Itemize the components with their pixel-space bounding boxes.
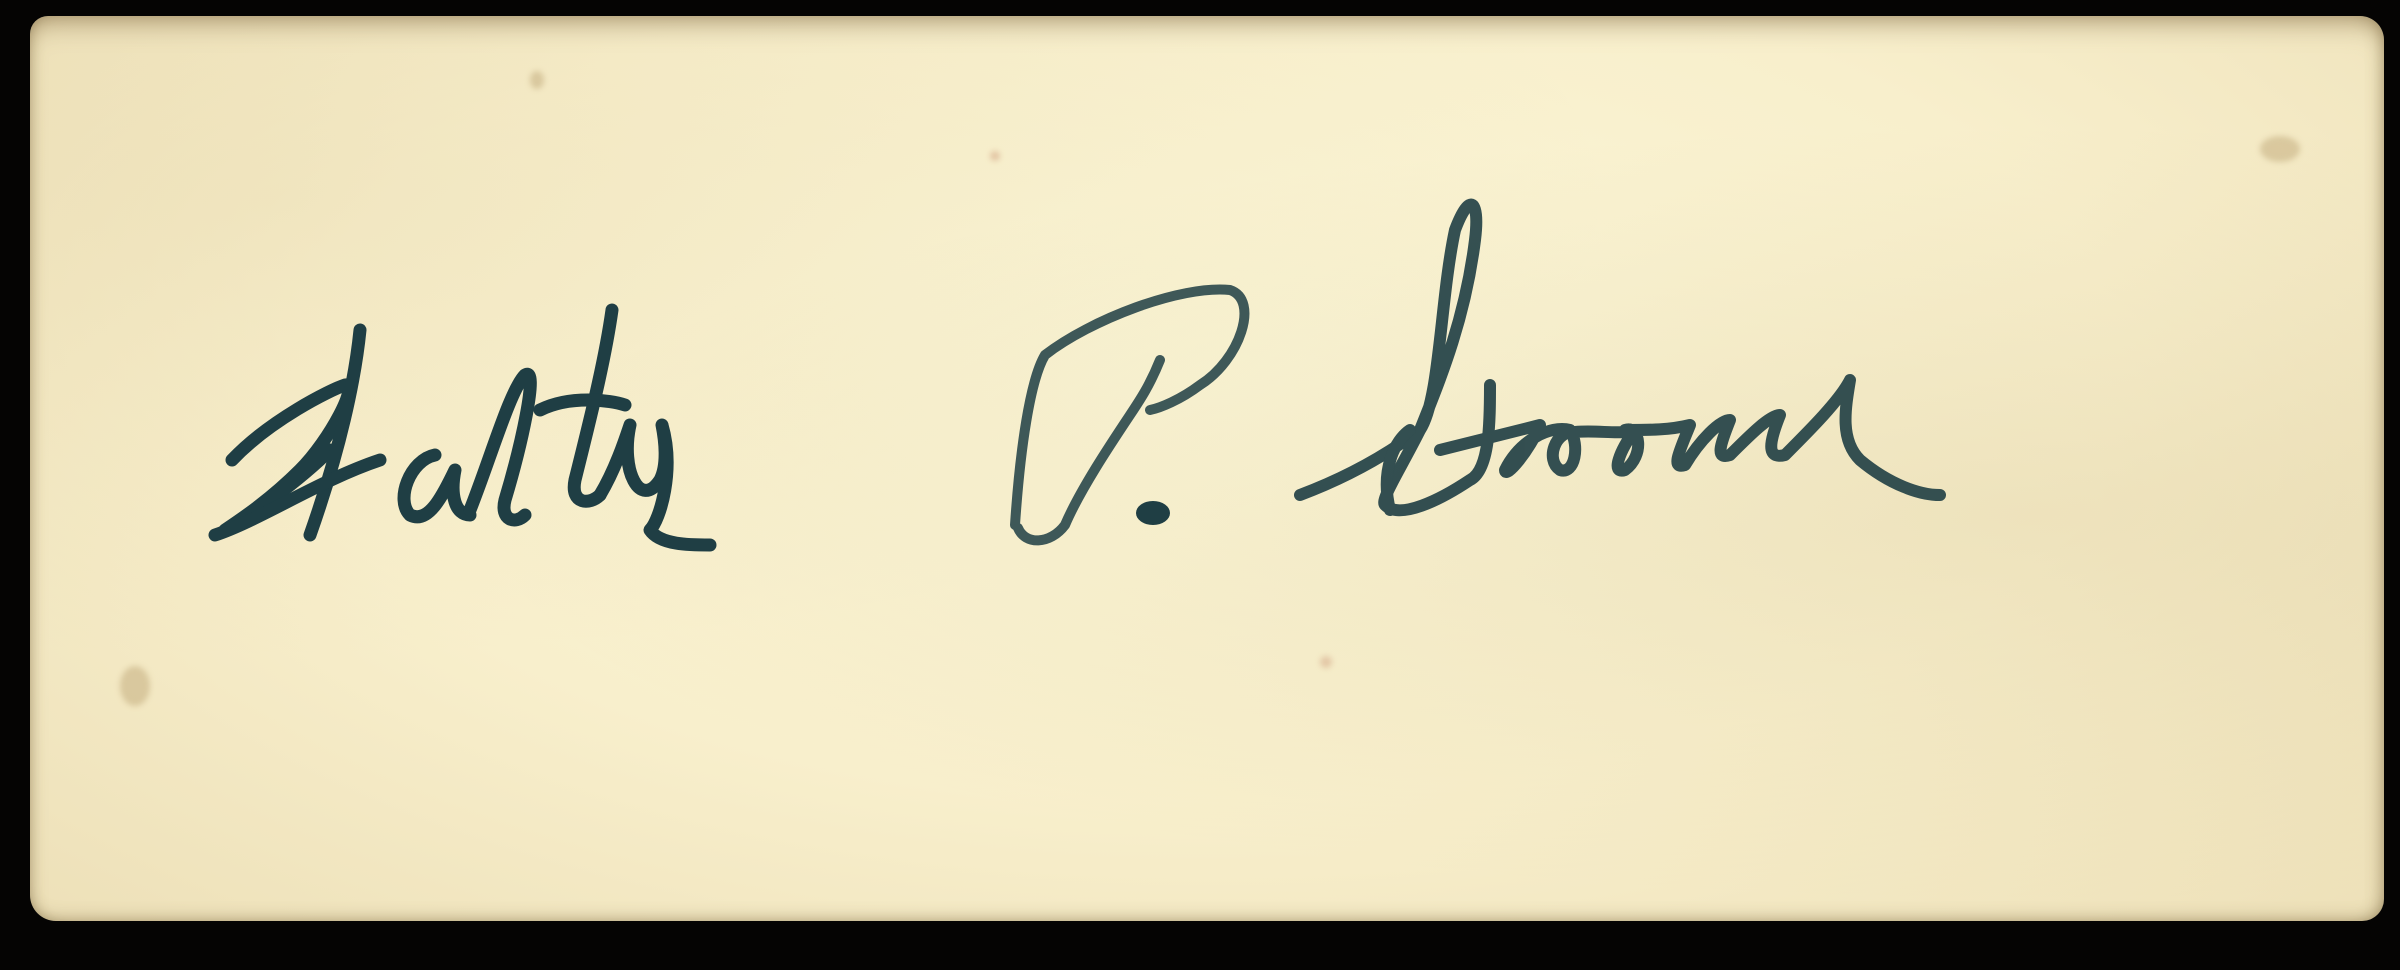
signature-ink [0, 0, 2400, 970]
